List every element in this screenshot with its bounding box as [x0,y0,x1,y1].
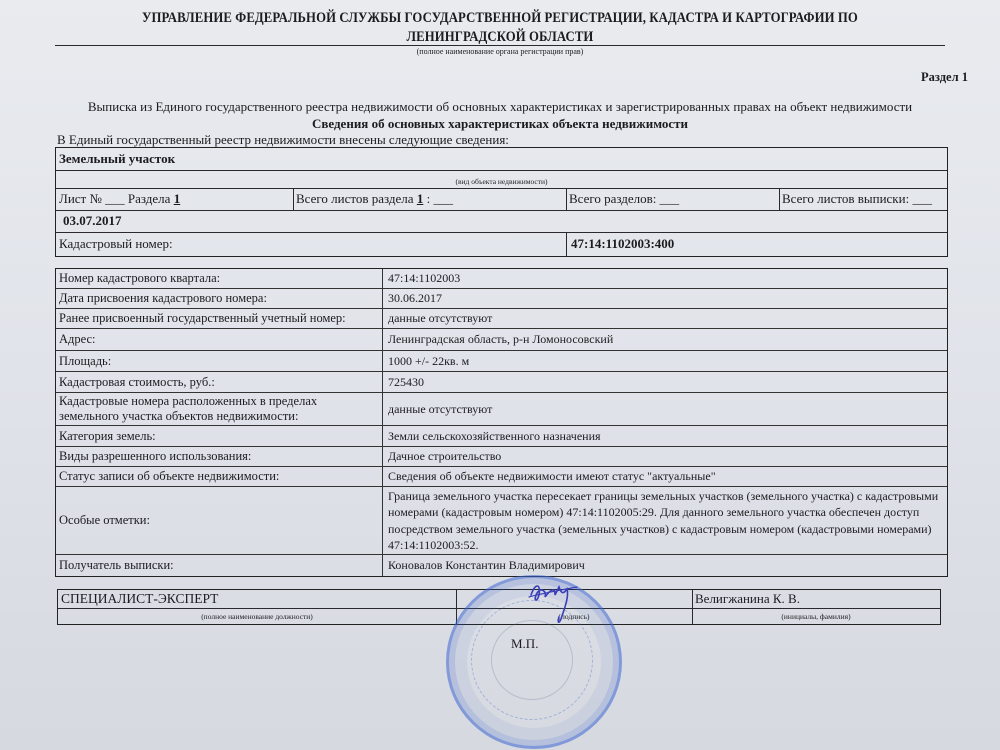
intro-text: В Единый государственный реестр недвижим… [57,132,509,148]
document-subtitle: Сведения об основных характеристиках объ… [40,116,960,132]
table-row: Особые отметки: Граница земельного участ… [56,487,947,555]
row-value: 47:14:1102003 [385,269,943,288]
row-label: Номер кадастрового квартала: [59,269,379,288]
table-row: Получатель выписки: Коновалов Константин… [56,555,947,576]
sheet-blank: ___ [105,191,125,207]
sheet-label: Лист № [59,191,102,207]
divider [382,426,383,446]
seal-emblem [491,620,573,700]
table-row: Адрес: Ленинградская область, р-н Ломоно… [56,329,947,351]
row-value: 725430 [385,372,943,392]
section-word: Раздела [128,191,171,207]
total-extract-sheets-blank: ___ [912,191,932,207]
total-section-sheets-number: 1 [417,191,424,207]
total-sections-blank: ___ [660,191,680,207]
row-label: Кадастровые номера расположенных в преде… [59,393,379,425]
divider [382,351,383,371]
document-title: Выписка из Единого государственного реес… [40,99,960,115]
total-section-sheets-blank: ___ [433,191,453,207]
divider [382,487,383,554]
total-sections-label: Всего разделов: [569,191,656,207]
total-extract-sheets-field: Всего листов выписки: ___ [779,188,949,210]
total-section-sheets-label: Всего листов раздела [296,191,414,207]
row-label: Получатель выписки: [59,555,379,576]
row-value: Сведения об объекте недвижимости имеют с… [385,467,943,486]
divider [382,329,383,350]
divider [382,447,383,466]
row-value: Ленинградская область, р-н Ломоносовский [385,329,943,350]
section-label: Раздел 1 [921,70,968,85]
table-row: Дата присвоения кадастрового номера: 30.… [56,289,947,309]
row-label: Категория земель: [59,426,379,446]
details-table: Номер кадастрового квартала: 47:14:11020… [55,268,948,577]
organization-underline [55,45,945,46]
row-value: 1000 +/- 22кв. м [385,351,943,371]
row-value: 30.06.2017 [385,289,943,308]
row-label: Статус записи об объекте недвижимости: [59,467,379,486]
total-section-sheets-field: Всего листов раздела 1 : ___ [293,188,566,210]
object-block: Земельный участок (вид объекта недвижимо… [55,147,948,257]
row-label: Особые отметки: [59,487,379,554]
table-row: Кадастровые номера расположенных в преде… [56,393,947,426]
table-row: Площадь: 1000 +/- 22кв. м [56,351,947,372]
row-label: Кадастровая стоимость, руб.: [59,372,379,392]
divider [382,289,383,308]
organization-caption: (полное наименование органа регистрации … [55,47,945,56]
divider [382,372,383,392]
position-caption: (полное наименование должности) [58,609,456,624]
row-value: Земли сельскохозяйственного назначения [385,426,943,446]
name-caption: (инициалы, фамилия) [692,609,940,624]
extract-date: 03.07.2017 [60,210,360,232]
divider [382,269,383,288]
table-row: Кадастровая стоимость, руб.: 725430 [56,372,947,393]
section-number: 1 [174,191,181,207]
total-extract-sheets-label: Всего листов выписки: [782,191,909,207]
row-value: Дачное строительство [385,447,943,466]
table-row: Номер кадастрового квартала: 47:14:11020… [56,269,947,289]
row-label: Ранее присвоенный государственный учетны… [59,309,379,328]
handwritten-signature-icon [525,577,585,627]
table-row: Статус записи об объекте недвижимости: С… [56,467,947,487]
row-value: данные отсутствуют [385,393,943,425]
cadastral-number-value: 47:14:1102003:400 [568,232,938,256]
divider [382,309,383,328]
row-label: Дата присвоения кадастрового номера: [59,289,379,308]
row-value: данные отсутствуют [385,309,943,328]
row-value: Граница земельного участка пересекает гр… [385,487,943,554]
organization-name: УПРАВЛЕНИЕ ФЕДЕРАЛЬНОЙ СЛУЖБЫ ГОСУДАРСТВ… [113,9,887,47]
signer-name: Велигжанина К. В. [692,590,940,608]
table-row: Ранее присвоенный государственный учетны… [56,309,947,329]
divider [566,232,567,256]
object-type: Земельный участок [56,148,947,170]
row-label: Площадь: [59,351,379,371]
object-type-caption: (вид объекта недвижимости) [56,174,947,188]
sheet-number-field: Лист № ___ Раздела 1 [56,188,293,210]
divider [382,467,383,486]
cadastral-number-label: Кадастровый номер: [56,232,566,256]
divider [382,393,383,425]
row-value: Коновалов Константин Владимирович [385,555,943,576]
position-title: СПЕЦИАЛИСТ-ЭКСПЕРТ [58,590,456,608]
signature-block: СПЕЦИАЛИСТ-ЭКСПЕРТ (полное наименование … [57,589,941,625]
divider [56,170,947,171]
row-label: Виды разрешенного использования: [59,447,379,466]
seal-label: М.П. [511,636,538,652]
divider [382,555,383,576]
table-row: Категория земель: Земли сельскохозяйстве… [56,426,947,447]
total-sections-field: Всего разделов: ___ [566,188,779,210]
table-row: Виды разрешенного использования: Дачное … [56,447,947,467]
row-label: Адрес: [59,329,379,350]
